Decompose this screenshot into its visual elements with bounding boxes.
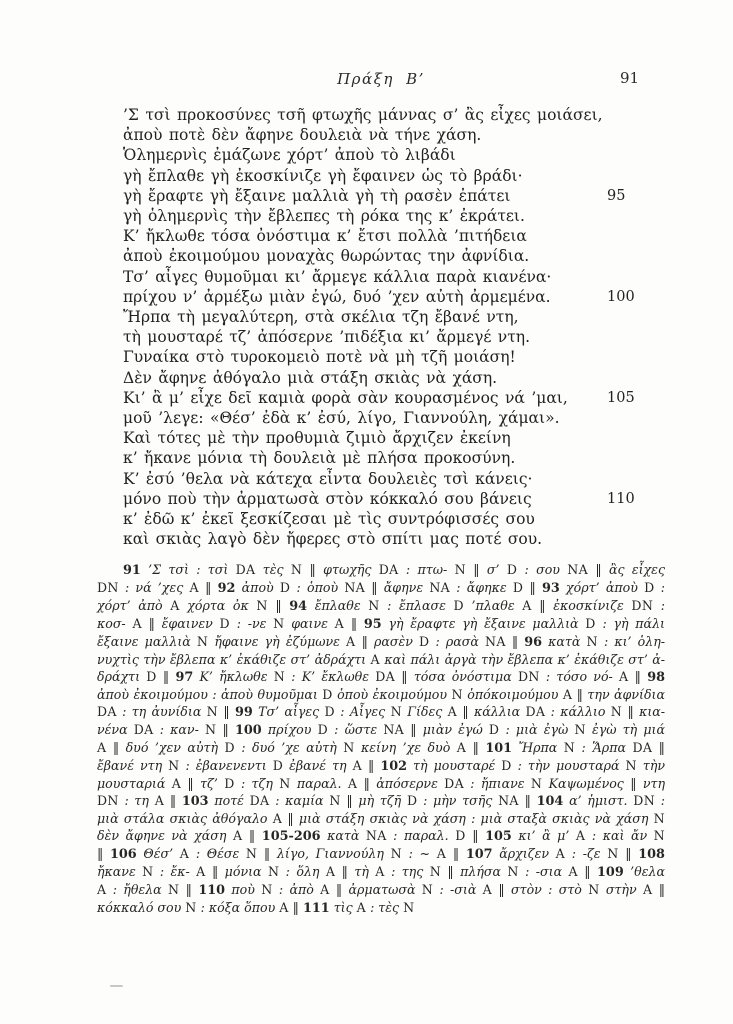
verse-text: ἀποὺ ποτὲ δὲν ἄφηνε δουλειὰ νὰ τήνε χάση… [123, 126, 481, 144]
running-head-title: Πράξη Β’ [97, 70, 665, 88]
verse-text: Δὲν ἄφηνε ἀθόγαλο μιὰ στάξη σκιὰς νὰ χάσ… [123, 369, 497, 387]
poem-line: ἀποὺ ποτὲ δὲν ἄφηνε δουλειὰ νὰ τήνε χάση… [123, 125, 665, 145]
poem-line: μοῦ ’λεγε: «Θέσ’ ἐδὰ κ’ ἐσύ, λίγο, Γιανν… [123, 408, 665, 428]
poem-line: Κ’ ἐσύ ’θελα νὰ κάτεχα εἶντα δουλειὲς τσ… [123, 469, 665, 489]
apparatus-line: δὲν ἄφηνε νὰ χάση A ‖ 105-206 κατὰ NA : … [97, 827, 665, 845]
poem-line: ’Σ τσὶ προκοσύνες τσῆ φτωχῆς μάννας σ’ ἂ… [123, 105, 665, 125]
verse-text: γὴ ὁλημερνὶς τὴν ἔβλεπες τὴ ρόκα της κ’ … [123, 207, 525, 225]
poem-line: Ὁλημερνὶς ἐμάζωνε χόρτ’ ἀποὺ τὸ λιβάδι [123, 145, 665, 165]
verse-text: κ’ ἤκανε μόνια τὴ δουλειὰ μὲ πλήσα προκο… [123, 449, 515, 467]
poem-line: Ἤρπα τὴ μεγαλύτερη, στὰ σκέλια τζη ἔβανέ… [123, 307, 665, 327]
apparatus-line: νένα DA : καν- N ‖ 100 πρίχου D : ὥστε N… [97, 721, 665, 739]
apparatus-line: ‖ 106 Θέσ’ A : Θέσε N ‖ λίγο, Γιαννούλη … [97, 845, 665, 863]
verse-text: ἀποὺ ἐκοιμούμου μοναχὰς θωρώντας την ἀφν… [123, 247, 529, 265]
verse-text: καὶ σκιὰς λαγὸ δὲν ἤφερες στὸ σπίτι μας … [123, 530, 542, 548]
verse-margin-number: 110 [607, 489, 635, 509]
poem-line: Γυναίκα στὸ τυροκομειὸ ποτὲ νὰ μὴ τζῆ μο… [123, 347, 665, 367]
book-page: Πράξη Β’ 91 ’Σ τσὶ προκοσύνες τσῆ φτωχῆς… [0, 0, 733, 1024]
poem-line: μόνο ποὺ τὴν ἀρματωσὰ στὸν κόκκαλό σου β… [123, 489, 665, 509]
poem-line: Κ’ ἤκλωθε τόσα ὀνόστιμα κ’ ἔτσι πολλὰ ’π… [123, 226, 665, 246]
verse-margin-number: 100 [607, 287, 635, 307]
verse-text: Γυναίκα στὸ τυροκομειὸ ποτὲ νὰ μὴ τζῆ μο… [123, 348, 516, 366]
poem-line: Δὲν ἄφηνε ἀθόγαλο μιὰ στάξη σκιὰς νὰ χάσ… [123, 368, 665, 388]
verse-text: Κ’ ἐσύ ’θελα νὰ κάτεχα εἶντα δουλειὲς τσ… [123, 470, 532, 488]
verse-text: γὴ ἔραφτε γὴ ἔξαινε μαλλιὰ γὴ τὴ ρασὲν ἐ… [123, 187, 510, 205]
verse-text: Τσ’ αἶγες θυμοῦμαι κι’ ἄρμεγε κάλλια παρ… [123, 268, 551, 286]
verse-text: γὴ ἔπλαθε γὴ ἐκοσκίνιζε γὴ ἔφαινεν ὡς τὸ… [123, 167, 523, 185]
poem-line: κ’ ἐδῶ κ’ ἐκεῖ ξεσκίζεσαι μὲ τὶς συντρόφ… [123, 509, 665, 529]
verse-text: πρίχου ν’ ἀρμέξω μιὰν ἐγώ, δυό ’χεν αὐτὴ… [123, 288, 551, 306]
verse-margin-number: 105 [607, 388, 635, 408]
critical-apparatus: 91 ’Σ τσὶ : τσὶ DA τὲς N ‖ φτωχῆς DA : π… [97, 561, 665, 917]
poem-line: γὴ ἔραφτε γὴ ἔξαινε μαλλιὰ γὴ τὴ ρασὲν ἐ… [123, 186, 665, 206]
apparatus-line: A : ἤθελα N ‖ 110 ποὺ N : ἀπὸ A ‖ ἀρματω… [97, 881, 665, 899]
poem-line: πρίχου ν’ ἀρμέξω μιὰν ἐγώ, δυό ’χεν αὐτὴ… [123, 287, 665, 307]
apparatus-line: χόρτ’ ἀπὸ A χόρτα ὀκ N ‖ 94 ἔπλαθε N : ἔ… [97, 597, 665, 615]
poem-line: Τσ’ αἶγες θυμοῦμαι κι’ ἄρμεγε κάλλια παρ… [123, 267, 665, 287]
apparatus-line: ἤκανε N : ἔκ- A ‖ μόνια N : ὅλη A ‖ τὴ A… [97, 863, 665, 881]
verse-margin-number: 95 [607, 186, 625, 206]
poem-line: καὶ σκιὰς λαγὸ δὲν ἤφερες στὸ σπίτι μας … [123, 529, 665, 549]
poem-line: τὴ μουσταρέ τζ’ ἀπόσερνε ’πιδέξια κι’ ἄρ… [123, 327, 665, 347]
verse-text: Ἤρπα τὴ μεγαλύτερη, στὰ σκέλια τζη ἔβανέ… [123, 308, 519, 326]
apparatus-line: DN : νά ’χες A ‖ 92 ἀποὺ D : ὁποὺ NA ‖ ἄ… [97, 579, 665, 597]
verse-text: ’Σ τσὶ προκοσύνες τσῆ φτωχῆς μάννας σ’ ἂ… [123, 106, 603, 124]
verse-text: Κι’ ἂ μ’ εἶχε δεῖ καμιὰ φορὰ σὰν κουρασμ… [123, 389, 568, 407]
poem-line: Καὶ τότες μὲ τὴν προθυμιὰ ζιμιὸ ἄρχιζεν … [123, 428, 665, 448]
apparatus-line: ἀποὺ ἐκοιμούμου : ἀποὺ θυμοῦμαι D ὁποὺ ἐ… [97, 686, 665, 703]
poem-line: ἀποὺ ἐκοιμούμου μοναχὰς θωρώντας την ἀφν… [123, 246, 665, 266]
poem-line: γὴ ἔπλαθε γὴ ἐκοσκίνιζε γὴ ἔφαινεν ὡς τὸ… [123, 166, 665, 186]
poem-line: Κι’ ἂ μ’ εἶχε δεῖ καμιὰ φορὰ σὰν κουρασμ… [123, 388, 665, 408]
poem: ’Σ τσὶ προκοσύνες τσῆ φτωχῆς μάννας σ’ ἂ… [123, 105, 665, 549]
verse-text: Καὶ τότες μὲ τὴν προθυμιὰ ζιμιὸ ἄρχιζεν … [123, 429, 511, 447]
apparatus-line: 91 ’Σ τσὶ : τσὶ DA τὲς N ‖ φτωχῆς DA : π… [97, 561, 665, 579]
verse-text: κ’ ἐδῶ κ’ ἐκεῖ ξεσκίζεσαι μὲ τὶς συντρόφ… [123, 510, 535, 528]
poem-line: γὴ ὁλημερνὶς τὴν ἔβλεπες τὴ ρόκα της κ’ … [123, 206, 665, 226]
poem-line: κ’ ἤκανε μόνια τὴ δουλειὰ μὲ πλήσα προκο… [123, 448, 665, 468]
page-number: 91 [620, 69, 639, 87]
apparatus-line: A ‖ δυό ’χεν αὐτὴ D : δυό ’χε αὐτὴ N κεί… [97, 739, 665, 757]
verse-text: Κ’ ἤκλωθε τόσα ὀνόστιμα κ’ ἔτσι πολλὰ ’π… [123, 227, 527, 245]
apparatus-line: κοσ- A ‖ ἔφαινεν D : -νε N φαινε A ‖ 95 … [97, 615, 665, 633]
apparatus-line: μιὰ στάλα σκιὰς ἀθόγαλο A ‖ μιὰ στάξη σκ… [97, 810, 665, 827]
apparatus-line: DA : τη ἀυνίδια N ‖ 99 Τσ’ αἶγες D : Αἶγ… [97, 703, 665, 721]
apparatus-line: ἔβανέ ντη N : ἐβανενεντι D ἐβανέ τη A ‖ … [97, 757, 665, 775]
verse-text: μόνο ποὺ τὴν ἀρματωσὰ στὸν κόκκαλό σου β… [123, 490, 532, 508]
verse-text: Ὁλημερνὶς ἐμάζωνε χόρτ’ ἀποὺ τὸ λιβάδι [123, 146, 456, 164]
apparatus-line: μουσταριά A ‖ τζ’ D : τζη N παραλ. A ‖ ἀ… [97, 775, 665, 792]
apparatus-line: νυχτὶς τὴν ἔβλεπα κ’ ἐκάθιζε στ’ ἀδράχτι… [97, 651, 665, 668]
apparatus-line: ἔξαινε μαλλιὰ N ἤφαινε γὴ ἐζύμωνε A ‖ ρα… [97, 633, 665, 651]
scan-artifact-mark [110, 985, 123, 987]
verse-text: μοῦ ’λεγε: «Θέσ’ ἐδὰ κ’ ἐσύ, λίγο, Γιανν… [123, 409, 560, 427]
apparatus-line: DN : τη A ‖ 103 ποτέ DA : καμία N ‖ μὴ τ… [97, 792, 665, 810]
verse-text: τὴ μουσταρέ τζ’ ἀπόσερνε ’πιδέξια κι’ ἄρ… [123, 328, 530, 346]
apparatus-line: δράχτι D ‖ 97 Κ’ ἤκλωθε N : Κ’ ἔκλωθε DA… [97, 668, 665, 686]
apparatus-line: κόκκαλό σου N : κόξα ὅπου A ‖ 111 τὶς A … [97, 899, 665, 917]
